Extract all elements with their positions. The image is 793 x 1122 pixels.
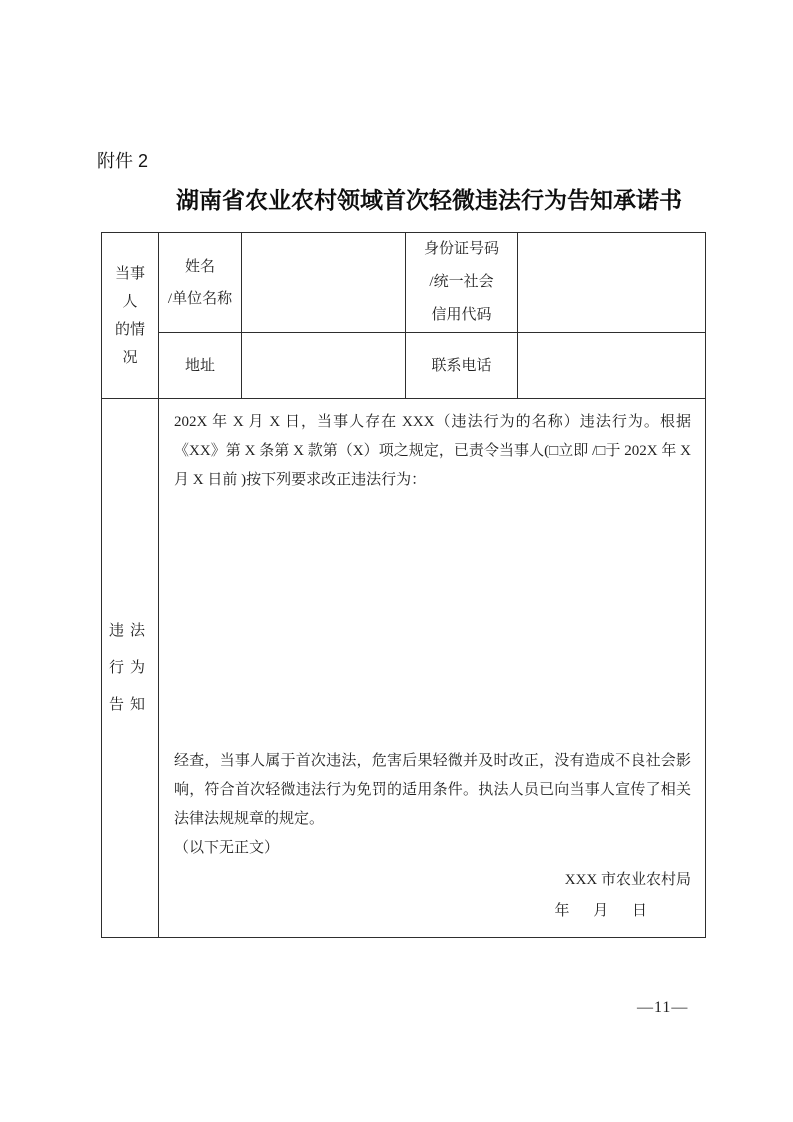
phone-label: 联系电话	[406, 333, 518, 399]
name-label: 姓名 /单位名称	[159, 233, 242, 333]
form-table: 当事人 的情况 姓名 /单位名称 身份证号码 /统一社会 信用代码 地址 联系电…	[101, 232, 706, 938]
violation-notice-content: 202X 年 X 月 X 日，当事人存在 XXX（违法行为的名称）违法行为。根据…	[165, 399, 699, 937]
id-number-value-cell	[518, 233, 706, 333]
page-number: —11—	[637, 999, 688, 1017]
notice-paragraph-1: 202X 年 X 月 X 日，当事人存在 XXX（违法行为的名称）违法行为。根据…	[174, 408, 691, 495]
address-value-cell	[242, 333, 406, 399]
document-title: 湖南省农业农村领域首次轻微违法行为告知承诺书	[101, 186, 705, 216]
id-number-label: 身份证号码 /统一社会 信用代码	[406, 233, 518, 333]
party-info-row-1: 当事人 的情况 姓名 /单位名称 身份证号码 /统一社会 信用代码	[102, 233, 706, 333]
violation-notice-section-label: 违法 行为 告知	[102, 399, 159, 938]
violation-notice-cell: 202X 年 X 月 X 日，当事人存在 XXX（违法行为的名称）违法行为。根据…	[159, 399, 706, 938]
notice-paragraph-2: 经查，当事人属于首次违法，危害后果轻微并及时改正，没有造成不良社会影响，符合首次…	[174, 747, 691, 834]
party-info-row-2: 地址 联系电话	[102, 333, 706, 399]
phone-value-cell	[518, 333, 706, 399]
signature-organization: XXX 市农业农村局	[174, 865, 691, 895]
document-page: 附件 2 湖南省农业农村领域首次轻微违法行为告知承诺书 当事人 的情况 姓名 /…	[0, 0, 793, 1122]
notice-bottom-block: 经查，当事人属于首次违法，危害后果轻微并及时改正，没有造成不良社会影响，符合首次…	[174, 747, 691, 925]
signature-date-line: 年 月 日	[174, 897, 691, 925]
party-info-section-label: 当事人 的情况	[102, 233, 159, 399]
attachment-label: 附件 2	[97, 149, 148, 173]
violation-notice-row: 违法 行为 告知 202X 年 X 月 X 日，当事人存在 XXX（违法行为的名…	[102, 399, 706, 938]
no-more-text-note: （以下无正文）	[174, 834, 691, 863]
name-value-cell	[242, 233, 406, 333]
address-label: 地址	[159, 333, 242, 399]
